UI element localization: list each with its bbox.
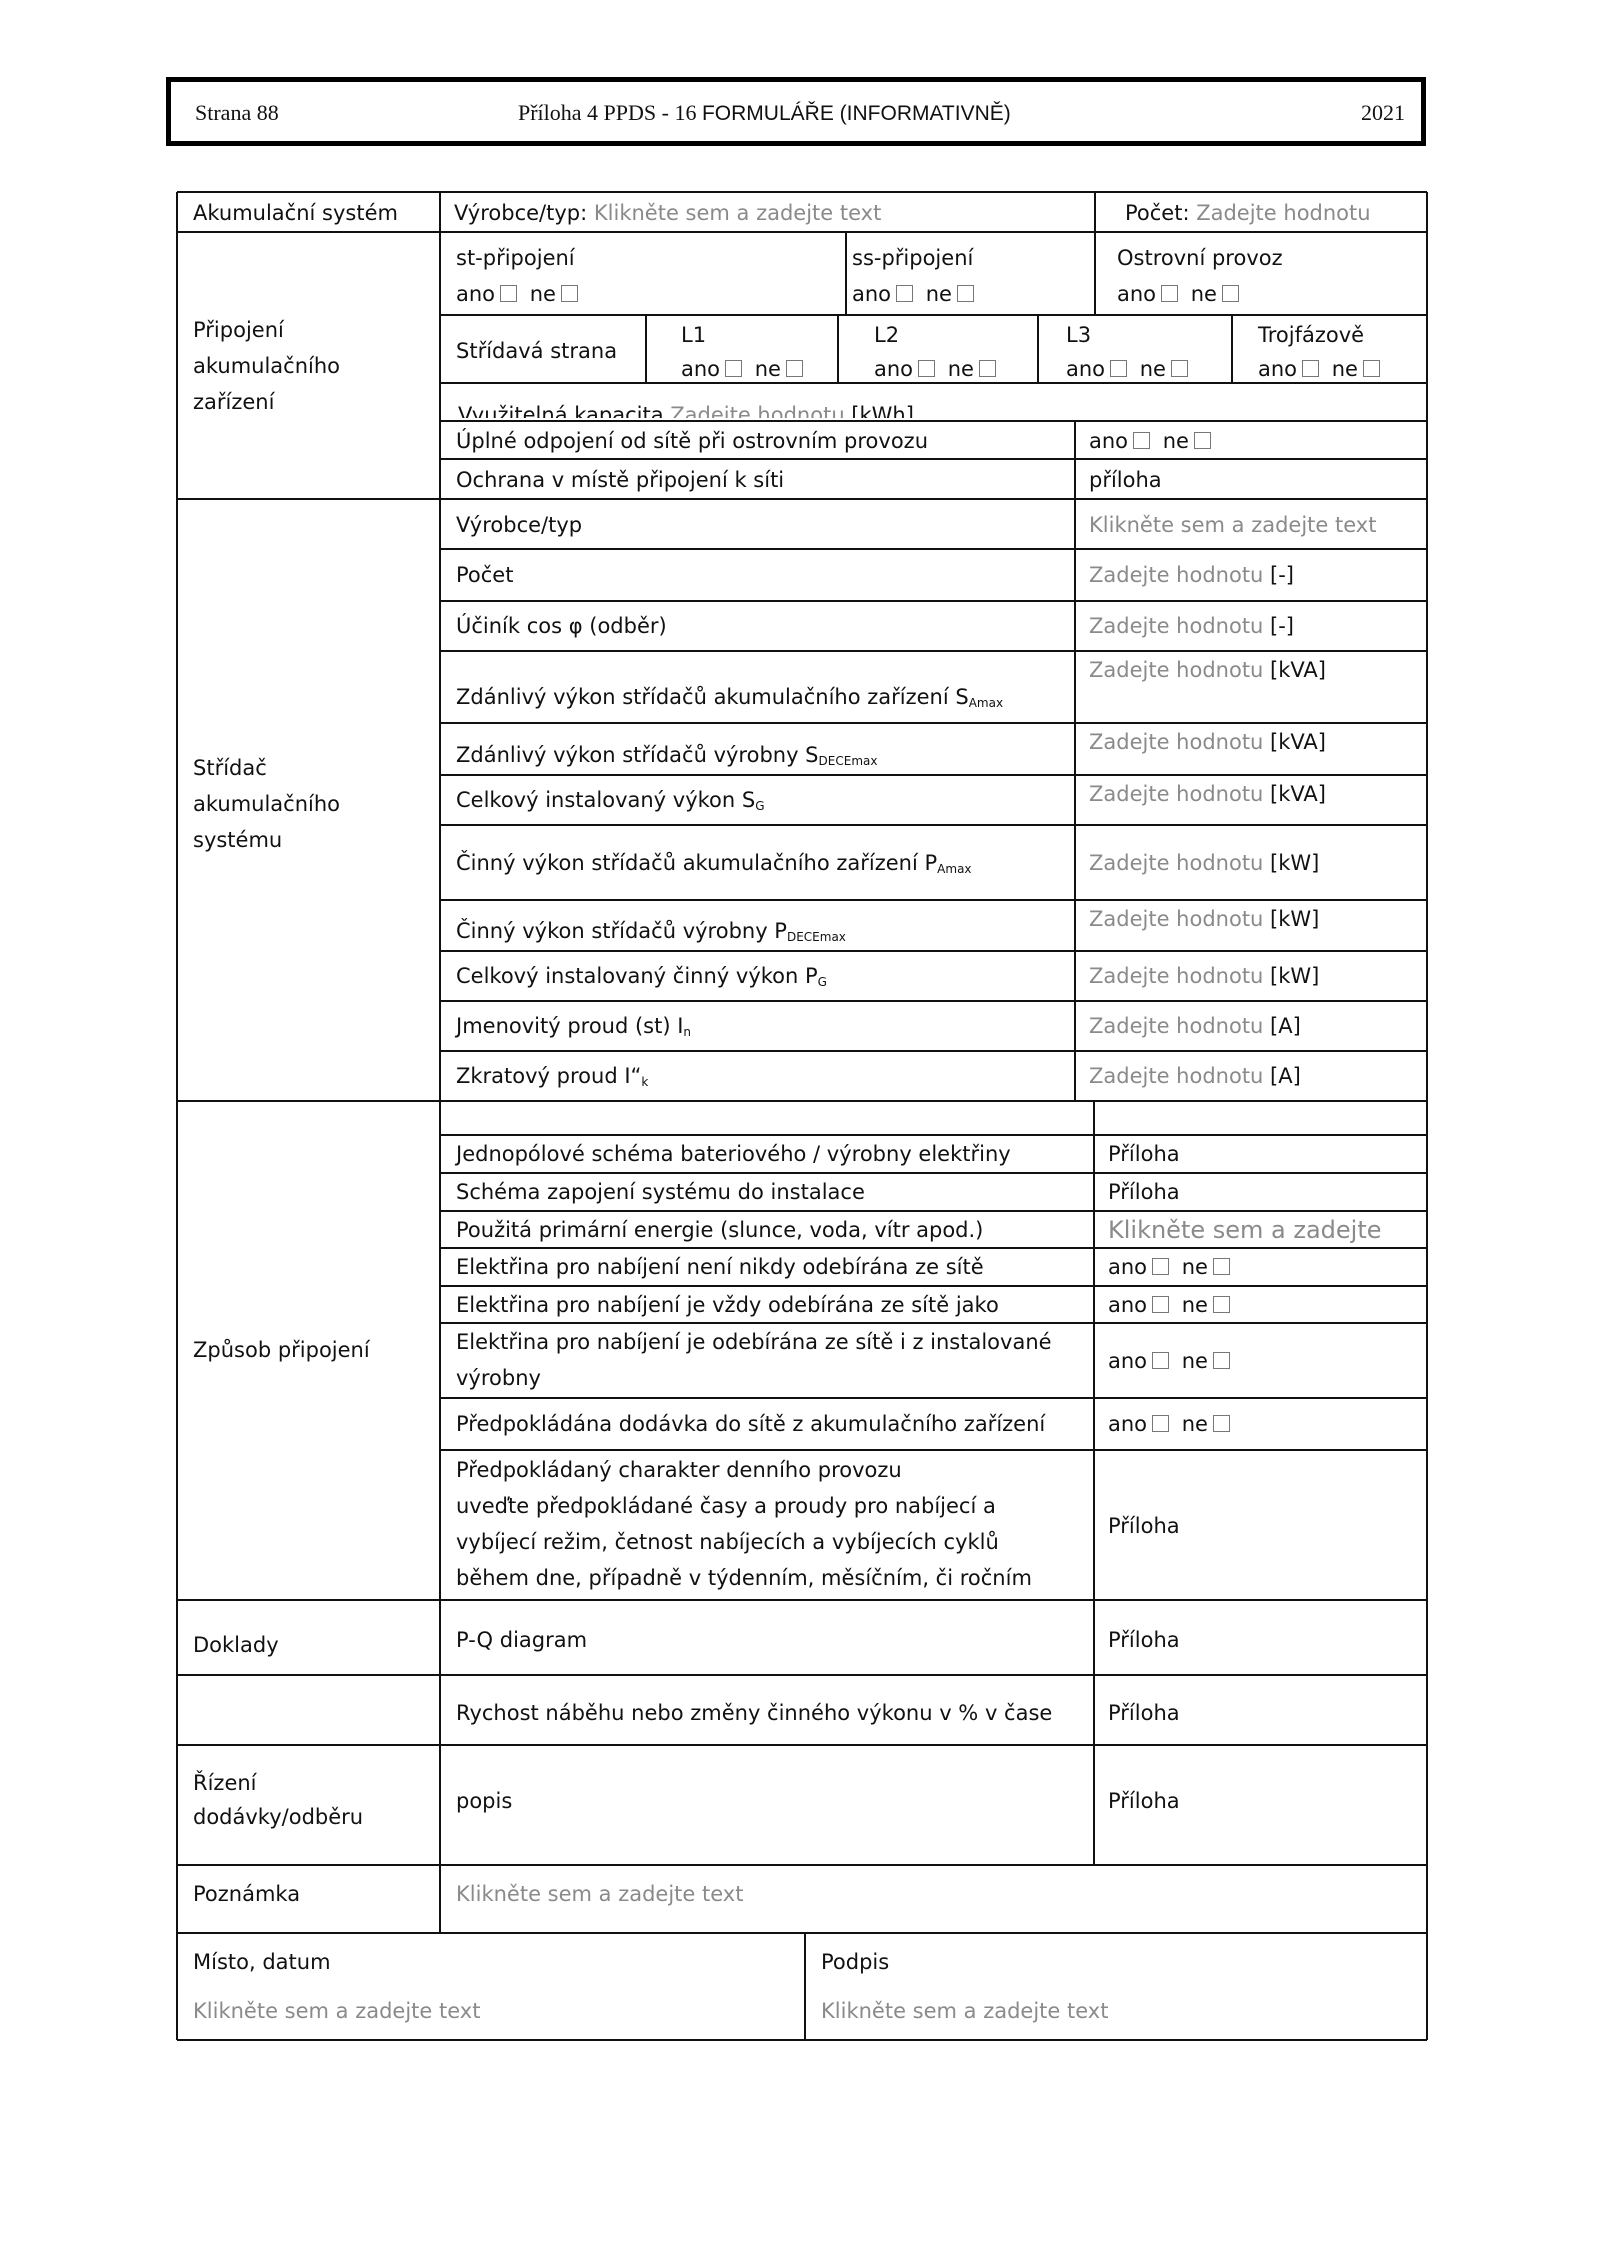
yes-checkbox[interactable]	[1161, 285, 1178, 302]
placeholder[interactable]: Zadejte hodnotu	[1089, 782, 1263, 806]
label: Ochrana v místě připojení k síti	[456, 468, 784, 492]
zpusob-row-value: Příloha	[1108, 1174, 1180, 1210]
zpusob-row-value: Příloha	[1108, 1136, 1180, 1172]
stridac-row-value[interactable]: Zadejte hodnotu [kVA]	[1089, 776, 1326, 812]
table-border	[1037, 315, 1039, 383]
stridac-row-value[interactable]: Zadejte hodnotu [-]	[1089, 608, 1294, 644]
podpis-label: Podpis	[821, 1944, 889, 1980]
label: Počet:	[1125, 201, 1196, 225]
unit: [kVA]	[1263, 658, 1326, 682]
table-border	[1094, 232, 1096, 315]
subscript: n	[683, 1025, 691, 1039]
placeholder[interactable]: Zadejte hodnotu	[1089, 907, 1263, 931]
yes-checkbox[interactable]	[1133, 432, 1150, 449]
ochrana-label: Ochrana v místě připojení k síti	[456, 462, 784, 498]
unit: [kW]	[1263, 907, 1319, 931]
stridac-row-label: Činný výkon střídačů akumulačního zaříze…	[456, 845, 972, 887]
page-number: Strana 88	[195, 100, 279, 126]
zpusob-pripojeni-label: Způsob připojení	[193, 1332, 370, 1368]
zpusob-row-label: Elektřina pro nabíjení je vždy odebírána…	[456, 1287, 999, 1323]
zpusob-row-label: Předpokládána dodávka do sítě z akumulač…	[456, 1406, 1045, 1442]
label: Způsob připojení	[193, 1338, 370, 1362]
podpis-input[interactable]: Klikněte sem a zadejte text	[821, 1993, 1108, 2029]
pripojeni-label: Připojeníakumulačníhozařízení	[193, 312, 340, 420]
unit: [kVA]	[1263, 730, 1326, 754]
label: Místo, datum	[193, 1950, 331, 1974]
field-label: Účiník cos φ (odběr)	[456, 614, 667, 638]
phase-l3[interactable]: L3ano ne	[1066, 318, 1194, 386]
value: Příloha	[1108, 1180, 1180, 1204]
table-border	[845, 232, 847, 315]
stridac-row-label: Činný výkon střídačů výrobny PDECEmax	[456, 913, 846, 955]
unit: [A]	[1263, 1064, 1300, 1088]
table-border	[1426, 192, 1428, 2040]
stridac-label: Střídačakumulačníhosystému	[193, 750, 340, 858]
yes-checkbox[interactable]	[1152, 1415, 1169, 1432]
table-border	[176, 192, 178, 2040]
table-border	[440, 548, 1427, 550]
subscript: DECEmax	[819, 754, 878, 768]
unit: [kWh]	[845, 403, 914, 418]
label: Elektřina pro nabíjení je vždy odebírána…	[456, 1293, 999, 1317]
label: Podpis	[821, 1950, 889, 1974]
stridac-row-value[interactable]: Zadejte hodnotu [A]	[1089, 1008, 1301, 1044]
label: Úplné odpojení od sítě při ostrovním pro…	[456, 429, 928, 453]
yes-checkbox[interactable]	[1152, 1352, 1169, 1369]
table-border	[177, 1100, 1427, 1102]
stridac-row-value[interactable]: Zadejte hodnotu [kW]	[1089, 901, 1319, 937]
subscript: DECEmax	[787, 930, 846, 944]
zpusob-row-label: Jednopólové schéma bateriového / výrobny…	[456, 1136, 1011, 1172]
table-border	[1094, 192, 1096, 232]
subscript: k	[641, 1075, 648, 1089]
yes-label: ano	[1117, 282, 1156, 306]
charakter-provozu-label: Předpokládaný charakter denního provozuu…	[456, 1452, 1032, 1596]
table-border	[177, 1864, 1427, 1866]
charakter-provozu-value: Příloha	[1108, 1508, 1180, 1544]
unit: [kVA]	[1263, 782, 1326, 806]
value: Příloha	[1108, 1142, 1180, 1166]
stridac-row-label: Celkový instalovaný činný výkon PG	[456, 958, 827, 1000]
yes-checkbox[interactable]	[500, 285, 517, 302]
table-border	[440, 1247, 1427, 1249]
table-border	[1074, 421, 1076, 499]
stridac-row-label: Jmenovitý proud (st) In	[456, 1008, 691, 1050]
misto-datum-input[interactable]: Klikněte sem a zadejte text	[193, 1993, 480, 2029]
poznamka-label: Poznámka	[193, 1876, 300, 1912]
label: P-Q diagram	[456, 1628, 587, 1652]
no-checkbox[interactable]	[1171, 360, 1188, 377]
rychlost-value: Příloha	[1108, 1695, 1180, 1731]
label-line: zařízení	[193, 390, 274, 414]
table-border	[1093, 1101, 1095, 1865]
no-label: ne	[941, 357, 974, 381]
zpusob-row-label: Elektřina pro nabíjení je odebírána ze s…	[456, 1324, 1052, 1396]
table-border	[177, 498, 1427, 500]
yes-checkbox[interactable]	[1110, 360, 1127, 377]
no-label: ne	[1175, 1349, 1208, 1373]
label-line: dodávky/odběru	[193, 1805, 363, 1829]
table-border	[440, 650, 1427, 652]
yes-checkbox[interactable]	[918, 360, 935, 377]
no-checkbox[interactable]	[979, 360, 996, 377]
table-border	[440, 600, 1427, 602]
label-line: akumulačního	[193, 354, 340, 378]
label: ss-připojení	[852, 246, 973, 270]
placeholder[interactable]: Klikněte sem a zadejte text	[1089, 513, 1376, 537]
table-border	[177, 1932, 1427, 1934]
placeholder[interactable]: Zadejte hodnotu	[1089, 1064, 1263, 1088]
subscript: Amax	[969, 696, 1003, 710]
yes-label: ano	[456, 282, 495, 306]
yes-label: ano	[1108, 1255, 1147, 1279]
label: Střídavá strana	[456, 339, 617, 363]
placeholder[interactable]: Zadejte hodnotu	[1089, 563, 1263, 587]
label: Elektřina pro nabíjení není nikdy odebír…	[456, 1255, 984, 1279]
table-border	[645, 315, 647, 383]
no-label: ne	[1175, 1255, 1208, 1279]
rizeni-label: Řízenídodávky/odběru	[193, 1766, 363, 1834]
placeholder[interactable]: Zadejte hodnotu	[1089, 851, 1263, 875]
stridac-row-value[interactable]: Klikněte sem a zadejte text	[1089, 507, 1376, 543]
no-label: ne	[1184, 282, 1217, 306]
table-border	[440, 774, 1427, 776]
field-label: Výrobce/typ	[456, 513, 582, 537]
placeholder[interactable]: Zadejte hodnotu	[1089, 658, 1263, 682]
no-label: ne	[1175, 1412, 1208, 1436]
placeholder[interactable]: Klikněte sem a zadejte text	[193, 1999, 480, 2023]
odpojeni-checkbox[interactable]: ano ne	[1089, 423, 1217, 459]
field-label: Zdánlivý výkon střídačů akumulačního zař…	[456, 685, 969, 709]
phase-label: L2	[874, 323, 899, 347]
stridac-row-label: Zdánlivý výkon střídačů výrobny SDECEmax	[456, 737, 877, 779]
table-border	[1231, 315, 1233, 383]
yes-checkbox[interactable]	[725, 360, 742, 377]
stridac-row-label: Zdánlivý výkon střídačů akumulačního zař…	[456, 679, 1003, 721]
label-line: Předpokládaný charakter denního provozu	[456, 1458, 902, 1482]
zpusob-row-value[interactable]: ano ne	[1108, 1249, 1236, 1285]
value: Příloha	[1108, 1628, 1180, 1652]
stridac-row-value[interactable]: Zadejte hodnotu [A]	[1089, 1058, 1301, 1094]
table-border	[177, 1599, 1427, 1601]
page-header: Strana 88 Příloha 4 PPDS - 16 FORMULÁŘE …	[166, 77, 1426, 146]
no-checkbox[interactable]	[957, 285, 974, 302]
phase-trojfázově[interactable]: Trojfázověano ne	[1258, 318, 1386, 386]
yes-checkbox[interactable]	[1152, 1258, 1169, 1275]
stridac-row-value[interactable]: Zadejte hodnotu [-]	[1089, 557, 1294, 593]
label: Rychost náběhu nebo změny činného výkonu…	[456, 1701, 1052, 1725]
yes-label: ano	[1108, 1349, 1147, 1373]
no-label: ne	[1133, 357, 1166, 381]
rizeni-value: Příloha	[1108, 1783, 1180, 1819]
stridac-row-label: Počet	[456, 557, 513, 593]
vyrobce-typ-field[interactable]: Výrobce/typ: Klikněte sem a zadejte text	[454, 195, 881, 231]
field-label: Celkový instalovaný výkon S	[456, 788, 755, 812]
label: Poznámka	[193, 1882, 300, 1906]
document-title: Příloha 4 PPDS - 16 FORMULÁŘE (INFORMATI…	[518, 100, 1011, 126]
no-checkbox[interactable]	[1213, 1352, 1230, 1369]
no-checkbox[interactable]	[1213, 1258, 1230, 1275]
table-border	[177, 1674, 1427, 1676]
no-checkbox[interactable]	[786, 360, 803, 377]
field-label: Jmenovitý proud (st) I	[456, 1014, 683, 1038]
field-label: Počet	[456, 563, 513, 587]
no-checkbox[interactable]	[561, 285, 578, 302]
zpusob-row-label: Použitá primární energie (slunce, voda, …	[456, 1212, 983, 1248]
table-border	[177, 1744, 1427, 1746]
stridac-row-label: Účiník cos φ (odběr)	[456, 608, 667, 644]
table-border	[440, 1000, 1427, 1002]
no-label: ne	[1175, 1293, 1208, 1317]
yes-label: ano	[874, 357, 913, 381]
pocet-field[interactable]: Počet: Zadejte hodnotu	[1125, 195, 1371, 231]
table-border	[804, 1933, 806, 2040]
label: Ostrovní provoz	[1117, 246, 1283, 270]
label: výrobny	[456, 1366, 541, 1390]
yes-label: ano	[681, 357, 720, 381]
stridava-strana-label: Střídavá strana	[456, 333, 617, 369]
placeholder[interactable]: Klikněte sem a zadejte text	[821, 1999, 1108, 2023]
table-border	[440, 899, 1427, 901]
stridac-row-label: Celkový instalovaný výkon SG	[456, 782, 765, 824]
zpusob-row-value[interactable]: ano ne	[1108, 1287, 1236, 1323]
no-checkbox[interactable]	[1222, 285, 1239, 302]
phase-label: L3	[1066, 323, 1091, 347]
subscript: G	[818, 975, 827, 989]
table-border	[439, 192, 441, 1933]
stridac-row-label: Zkratový proud I“k	[456, 1058, 648, 1100]
table-border	[440, 1285, 1427, 1287]
unit: [A]	[1263, 1014, 1300, 1038]
value: Příloha	[1108, 1514, 1180, 1538]
table-border	[440, 1050, 1427, 1052]
table-border	[440, 824, 1427, 826]
zpusob-row-value[interactable]: ano ne	[1108, 1406, 1236, 1442]
table-border	[440, 314, 1427, 316]
field-label: Zkratový proud I“	[456, 1064, 641, 1088]
phase-l2[interactable]: L2ano ne	[874, 318, 1002, 386]
yes-checkbox[interactable]	[896, 285, 913, 302]
table-border	[177, 2039, 1427, 2041]
ss-pripojeni-field[interactable]: ss-připojeníano ne	[852, 240, 980, 312]
no-label: ne	[523, 282, 556, 306]
table-border	[440, 1210, 1427, 1212]
zpusob-row-value[interactable]: ano ne	[1108, 1343, 1236, 1379]
table-border	[440, 420, 1427, 422]
label: Jednopólové schéma bateriového / výrobny…	[456, 1142, 1011, 1166]
label: Použitá primární energie (slunce, voda, …	[456, 1218, 983, 1242]
no-label: ne	[919, 282, 952, 306]
ochrana-value: příloha	[1089, 462, 1162, 498]
table-border	[440, 1172, 1427, 1174]
label-line: systému	[193, 828, 282, 852]
label-line: Střídač	[193, 756, 267, 780]
table-border	[440, 1449, 1427, 1451]
yes-checkbox[interactable]	[1302, 360, 1319, 377]
table-border	[440, 1397, 1427, 1399]
yes-label: ano	[1258, 357, 1297, 381]
label: st-připojení	[456, 246, 575, 270]
placeholder[interactable]: Zadejte hodnotu	[1196, 201, 1370, 225]
no-label: ne	[1156, 429, 1189, 453]
label-line: Připojení	[193, 318, 284, 342]
ostrovni-provoz-field[interactable]: Ostrovní provozano ne	[1117, 240, 1283, 312]
label: Předpokládána dodávka do sítě z akumulač…	[456, 1412, 1045, 1436]
poznamka-input[interactable]: Klikněte sem a zadejte text	[456, 1876, 743, 1912]
stridac-row-value[interactable]: Zadejte hodnotu [kVA]	[1089, 652, 1326, 688]
label: Elektřina pro nabíjení je odebírána ze s…	[456, 1330, 1052, 1354]
table-border	[837, 315, 839, 383]
phase-label: Trojfázově	[1258, 323, 1364, 347]
no-checkbox[interactable]	[1363, 360, 1380, 377]
st-pripojeni-field[interactable]: st-připojeníano ne	[456, 240, 584, 312]
table-border	[440, 382, 1427, 384]
misto-datum-label: Místo, datum	[193, 1944, 331, 1980]
placeholder[interactable]: Zadejte hodnotu	[1089, 1014, 1263, 1038]
stridac-row-value[interactable]: Zadejte hodnotu [kW]	[1089, 845, 1319, 881]
yes-label: ano	[1108, 1293, 1147, 1317]
unit: [-]	[1263, 563, 1294, 587]
placeholder[interactable]: Zadejte hodnotu	[1089, 964, 1263, 988]
label: Akumulační systém	[193, 201, 398, 225]
table-border	[177, 231, 1427, 233]
no-label: ne	[1325, 357, 1358, 381]
table-border	[440, 458, 1427, 460]
table-border	[440, 722, 1427, 724]
odpojeni-label: Úplné odpojení od sítě při ostrovním pro…	[456, 423, 928, 459]
zpusob-row-label: Schéma zapojení systému do instalace	[456, 1174, 865, 1210]
label-line: vybíjecí režim, četnost nabíjecích a vyb…	[456, 1530, 999, 1554]
akumulacni-system-label: Akumulační systém	[193, 195, 398, 231]
label: Schéma zapojení systému do instalace	[456, 1180, 865, 1204]
year: 2021	[1361, 100, 1405, 126]
yes-label: ano	[1066, 357, 1105, 381]
subscript: Amax	[937, 862, 971, 876]
yes-label: ano	[1089, 429, 1128, 453]
value: Příloha	[1108, 1789, 1180, 1813]
stridac-row-label: Výrobce/typ	[456, 507, 582, 543]
subscript: G	[755, 799, 764, 813]
yes-label: ano	[852, 282, 891, 306]
label-line: akumulačního	[193, 792, 340, 816]
label-line: během dne, případně v týdenním, měsíčním…	[456, 1566, 1032, 1590]
placeholder[interactable]: Zadejte hodnotu	[670, 403, 844, 418]
pq-diagram-value: Příloha	[1108, 1622, 1180, 1658]
rychlost-label: Rychost náběhu nebo změny činného výkonu…	[456, 1695, 1052, 1731]
label-line: uveďte předpokládané časy a proudy pro n…	[456, 1494, 996, 1518]
yes-checkbox[interactable]	[1152, 1296, 1169, 1313]
phase-l1[interactable]: L1ano ne	[681, 318, 809, 386]
label: popis	[456, 1789, 512, 1813]
value: příloha	[1089, 468, 1162, 492]
label: Doklady	[193, 1633, 279, 1657]
yes-label: ano	[1108, 1412, 1147, 1436]
field-label: Činný výkon střídačů výrobny P	[456, 919, 787, 943]
table-border	[177, 191, 1427, 193]
placeholder[interactable]: Klikněte sem a zadejte text	[594, 201, 881, 225]
table-border	[1074, 499, 1076, 1101]
field-label: Činný výkon střídačů akumulačního zaříze…	[456, 851, 937, 875]
table-border	[440, 1134, 1427, 1136]
pq-diagram-label: P-Q diagram	[456, 1622, 587, 1658]
table-border	[440, 1322, 1427, 1324]
stridac-row-value[interactable]: Zadejte hodnotu [kW]	[1089, 958, 1319, 994]
unit: [kW]	[1263, 964, 1319, 988]
placeholder[interactable]: Klikněte sem a zadejte text	[456, 1882, 743, 1906]
placeholder[interactable]: Zadejte hodnotu	[1089, 730, 1263, 754]
zpusob-row-label: Elektřina pro nabíjení není nikdy odebír…	[456, 1249, 984, 1285]
placeholder[interactable]: Klikněte sem a zadejte	[1108, 1216, 1382, 1244]
vyuzitelna-kapacita-field[interactable]: Využitelná kapacita Zadejte hodnotu [kWh…	[458, 396, 914, 418]
table-border	[440, 950, 1427, 952]
doklady-label: Doklady	[193, 1627, 279, 1663]
value: Příloha	[1108, 1701, 1180, 1725]
field-label: Zdánlivý výkon střídačů výrobny S	[456, 743, 819, 767]
unit: [kW]	[1263, 851, 1319, 875]
no-checkbox[interactable]	[1194, 432, 1211, 449]
field-label: Celkový instalovaný činný výkon P	[456, 964, 818, 988]
unit: [-]	[1263, 614, 1294, 638]
popis-label: popis	[456, 1783, 512, 1819]
zpusob-row-value[interactable]: Klikněte sem a zadejte	[1108, 1212, 1382, 1248]
label: Využitelná kapacita	[458, 403, 670, 418]
stridac-row-value[interactable]: Zadejte hodnotu [kVA]	[1089, 724, 1326, 760]
no-checkbox[interactable]	[1213, 1415, 1230, 1432]
no-label: ne	[748, 357, 781, 381]
no-checkbox[interactable]	[1213, 1296, 1230, 1313]
placeholder[interactable]: Zadejte hodnotu	[1089, 614, 1263, 638]
phase-label: L1	[681, 323, 706, 347]
label: Výrobce/typ:	[454, 201, 594, 225]
label-line: Řízení	[193, 1771, 257, 1795]
